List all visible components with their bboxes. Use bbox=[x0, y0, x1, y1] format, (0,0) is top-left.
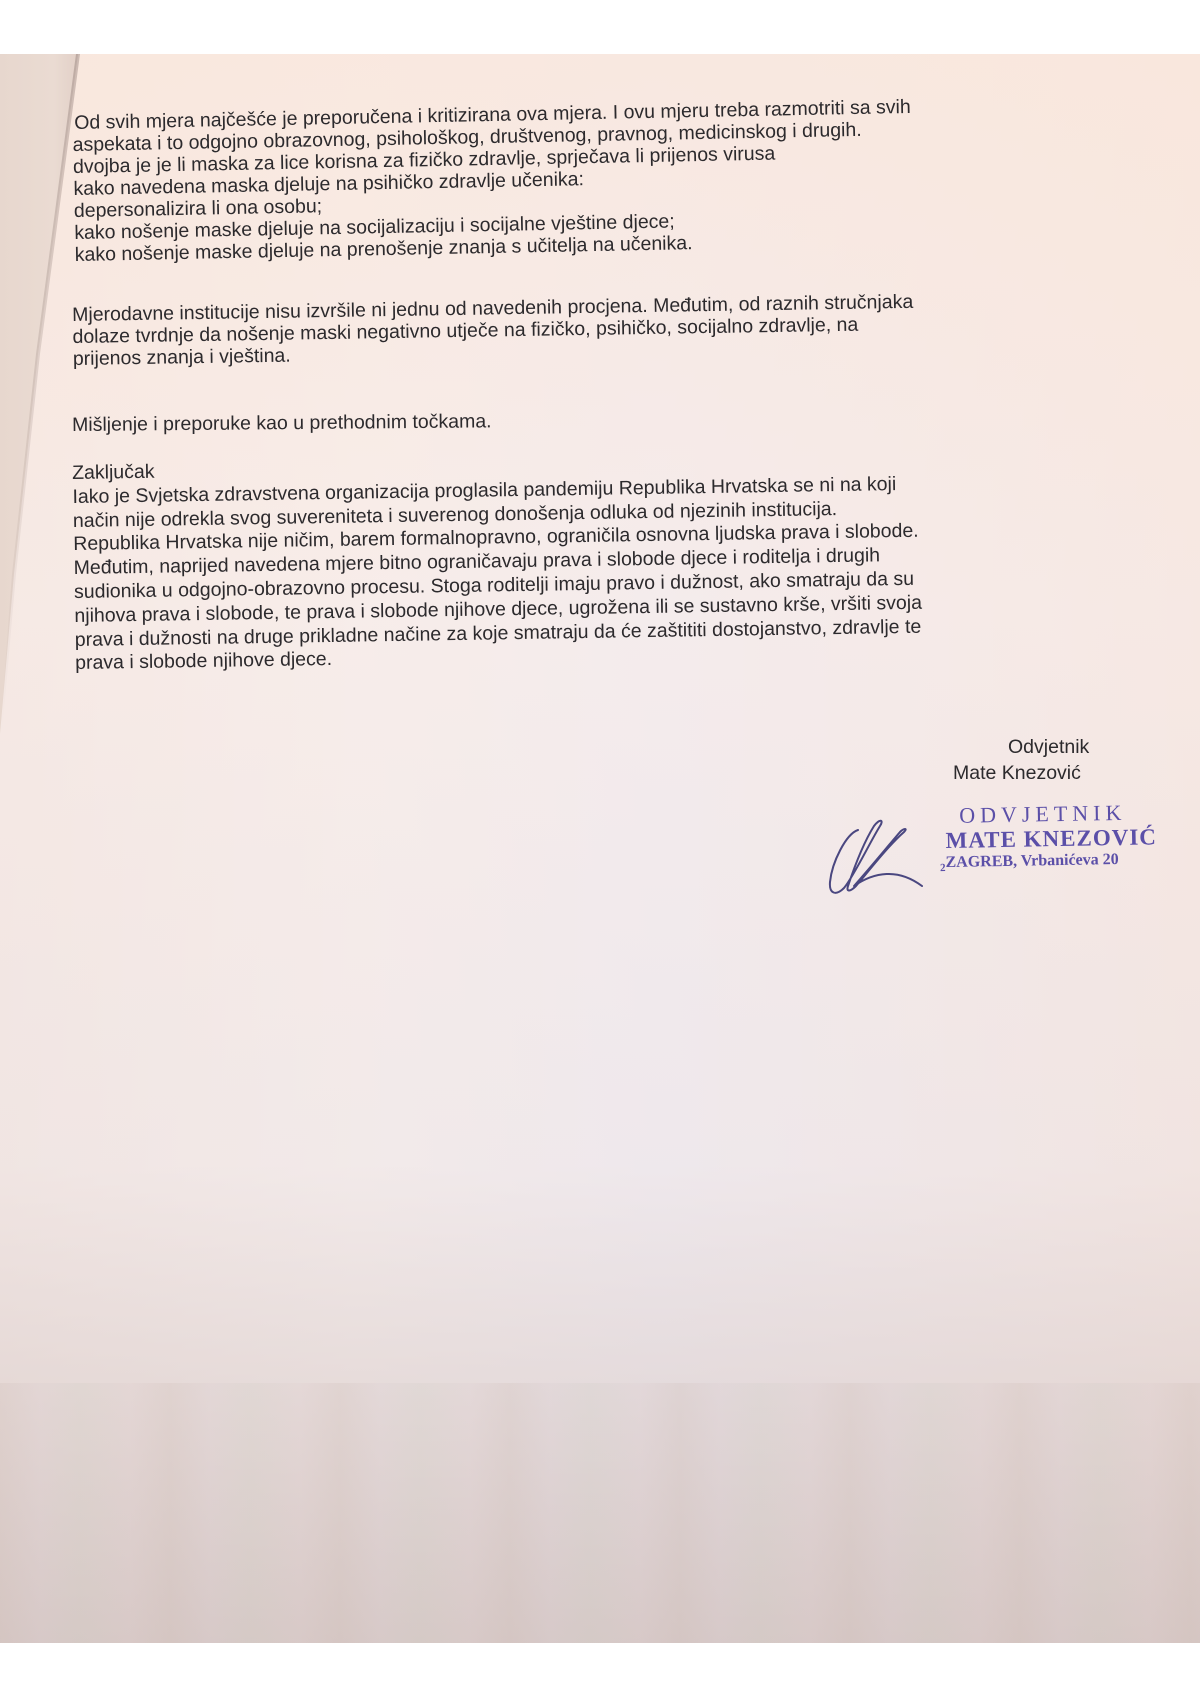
paragraph-mask-measures: Od svih mjera najčešće je preporučena i … bbox=[72, 96, 913, 266]
paragraph-institutions: Mjerodavne institucije nisu izvršile ni … bbox=[72, 291, 914, 370]
stamp-address: ZAGREB, Vrbanićeva 20 bbox=[945, 851, 1118, 871]
lawyer-stamp: ODVJETNIK MATE KNEZOVIĆ 2ZAGREB, Vrbanić… bbox=[945, 800, 1158, 878]
conclusion-section: Zaključak Iako je Svjetska zdravstvena o… bbox=[72, 449, 923, 676]
stamp-title: ODVJETNIK bbox=[959, 800, 1157, 827]
stamp-name: MATE KNEZOVIĆ bbox=[945, 824, 1157, 853]
stamp-address-line: 2ZAGREB, Vrbanićeva 20 bbox=[940, 849, 1158, 878]
paragraph-opinion: Mišljenje i preporuke kao u prethodnim t… bbox=[72, 410, 492, 436]
text-line: Mišljenje i preporuke kao u prethodnim t… bbox=[72, 410, 492, 436]
signatory-name: Mate Knezović bbox=[953, 762, 1081, 785]
handwritten-signature-icon bbox=[818, 812, 938, 902]
signatory-title: Odvjetnik bbox=[1008, 736, 1089, 759]
paper-texture bbox=[0, 1383, 1200, 1643]
